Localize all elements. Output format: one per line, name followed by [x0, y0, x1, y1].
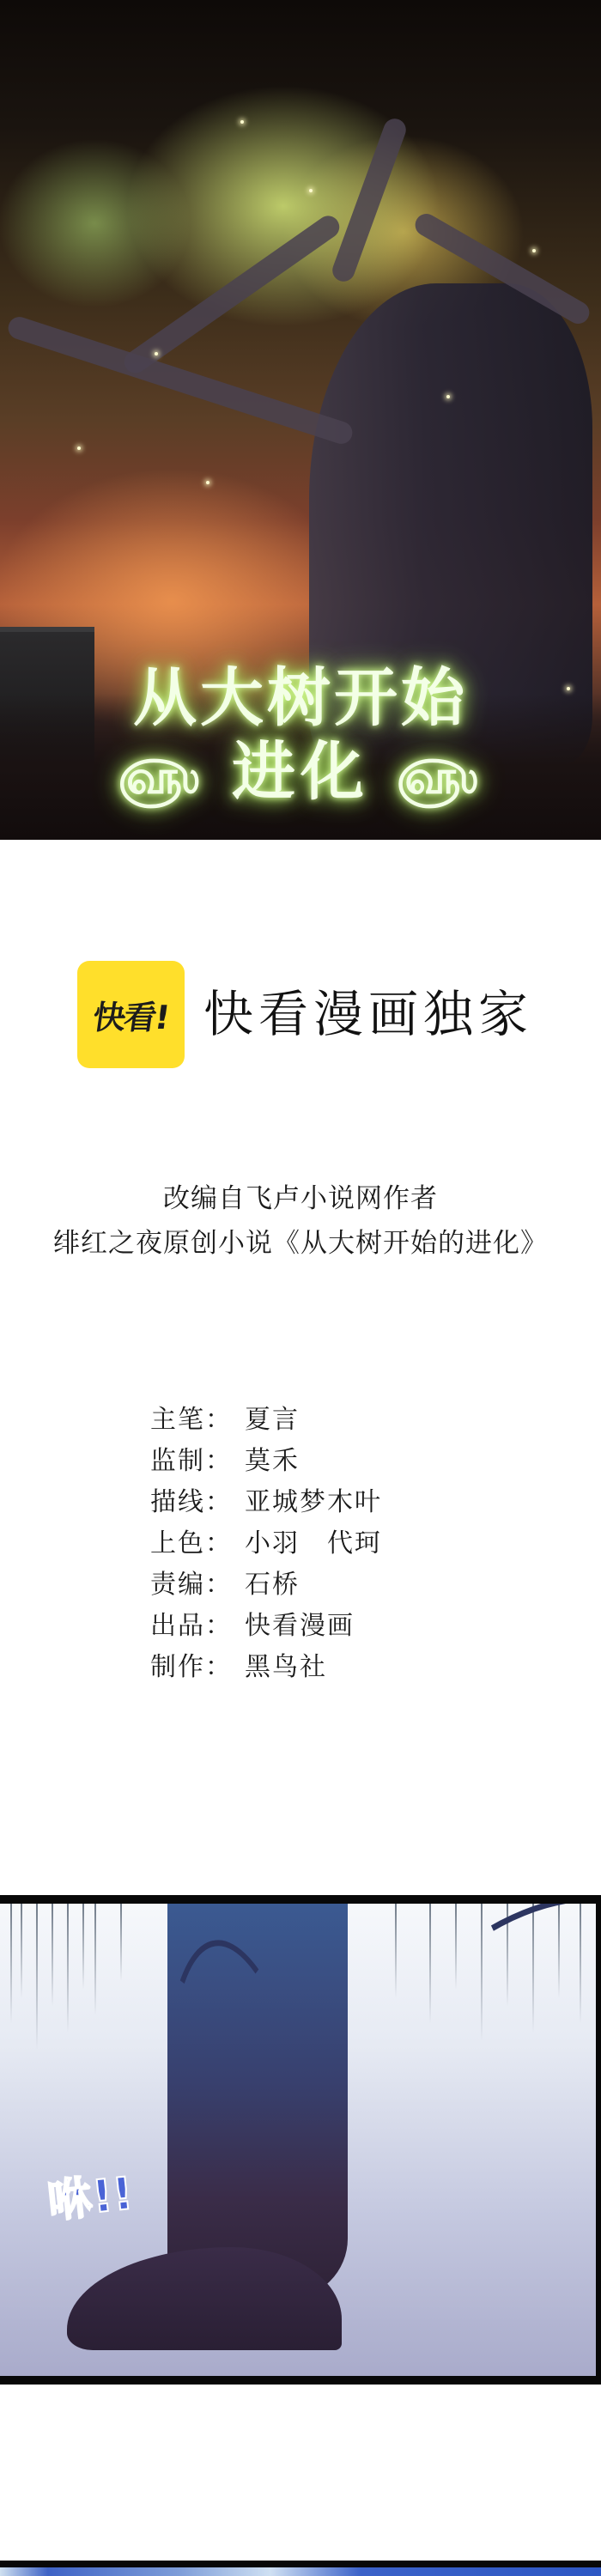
- speed-line: [52, 1904, 53, 2007]
- speed-line: [82, 1904, 84, 1990]
- sparkle: [567, 687, 570, 690]
- sparkle: [309, 189, 313, 192]
- staff-role: 出品：: [150, 1606, 245, 1647]
- speed-line: [67, 1904, 69, 2032]
- adaptation-credit-line1: 改编自飞卢小说网作者: [0, 1176, 601, 1215]
- speed-line: [10, 1904, 12, 2024]
- speed-line: [21, 1904, 22, 1998]
- speed-line: [120, 1904, 122, 1981]
- speed-line: [94, 1904, 96, 2015]
- staff-row: 制作： 黑鸟社: [150, 1647, 382, 1688]
- comic-panel-foot: 咻!!: [0, 1895, 601, 2385]
- staff-role: 上色：: [150, 1523, 245, 1564]
- staff-row: 描线： 亚城梦木叶: [150, 1482, 382, 1523]
- tree-branch: [330, 116, 410, 285]
- sound-effect-text: 咻!!: [44, 2157, 136, 2230]
- staff-row: 上色： 小羽 代珂: [150, 1523, 382, 1564]
- sparkle: [206, 481, 209, 484]
- staff-name: 夏言: [245, 1400, 300, 1441]
- staff-role: 监制：: [150, 1441, 245, 1482]
- swirl-ornament-icon: ௵: [118, 750, 204, 805]
- sparkle: [240, 120, 244, 124]
- tree-branch: [120, 211, 344, 377]
- comic-title: 从大树开始 ௵ 进化 ௵: [77, 661, 524, 814]
- staff-role: 责编：: [150, 1564, 245, 1606]
- comic-title-line2: ௵ 进化 ௵: [77, 735, 524, 814]
- sparkle: [446, 395, 450, 398]
- kuaikan-logo-text: 快看!: [90, 991, 172, 1038]
- swirl-ornament-icon: ௵: [397, 750, 483, 805]
- staff-row: 监制： 莫禾: [150, 1441, 382, 1482]
- cover-illustration: 从大树开始 ௵ 进化 ௵: [0, 0, 601, 840]
- staff-credits: 主笔： 夏言 监制： 莫禾 描线： 亚城梦木叶 上色： 小羽 代珂 责编： 石桥…: [150, 1400, 382, 1688]
- sparkle: [532, 249, 536, 252]
- comic-title-line2-text: 进化: [232, 735, 369, 809]
- staff-name: 石桥: [245, 1564, 300, 1606]
- staff-role: 制作：: [150, 1647, 245, 1688]
- comic-title-line1: 从大树开始: [77, 661, 524, 735]
- staff-name: 快看漫画: [245, 1606, 355, 1647]
- sparkle: [155, 352, 158, 355]
- adaptation-credit-line2: 绯红之夜原创小说《从大树开始的进化》: [0, 1221, 601, 1260]
- staff-name: 小羽 代珂: [245, 1523, 382, 1564]
- comic-panel-next: [0, 2561, 601, 2576]
- sparkle: [77, 447, 81, 450]
- speed-line: [395, 1904, 397, 1998]
- staff-name: 亚城梦木叶: [245, 1482, 382, 1523]
- exclusive-label: 快看漫画独家: [203, 989, 533, 1039]
- staff-name: 莫禾: [245, 1441, 300, 1482]
- staff-row: 出品： 快看漫画: [150, 1606, 382, 1647]
- staff-name: 黑鸟社: [245, 1647, 327, 1688]
- kuaikan-app-logo: 快看!: [77, 961, 185, 1068]
- staff-role: 描线：: [150, 1482, 245, 1523]
- staff-row: 责编： 石桥: [150, 1564, 382, 1606]
- publisher-badge: 快看! 快看漫画独家: [77, 960, 533, 1068]
- staff-row: 主笔： 夏言: [150, 1400, 382, 1441]
- speed-line: [36, 1904, 38, 2050]
- staff-role: 主笔：: [150, 1400, 245, 1441]
